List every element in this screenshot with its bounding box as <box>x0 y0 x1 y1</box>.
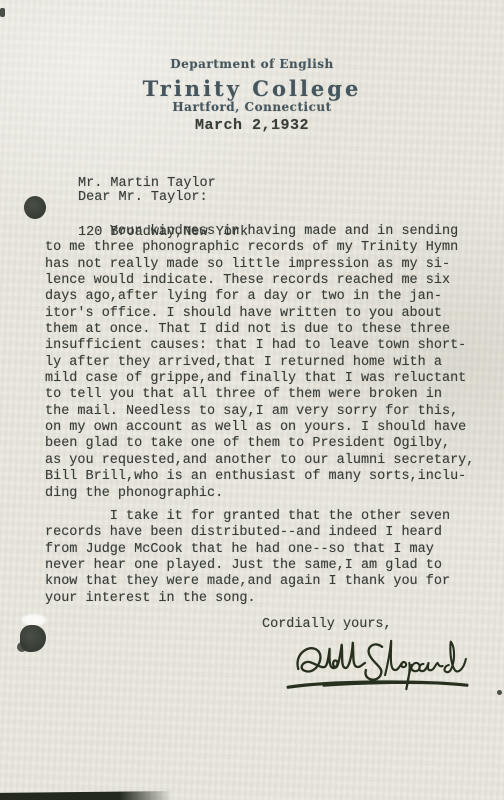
letter-line: your interest in the song. <box>45 591 450 607</box>
letter-line: mild case of grippe,and finally that I w… <box>45 371 474 387</box>
hole-punch-mark-top <box>24 196 46 219</box>
letter-line: has not really made so little impression… <box>45 257 474 273</box>
edge-speck-bottom-right <box>497 690 502 695</box>
letter-line: ly after they arrived,that I returned ho… <box>45 355 474 371</box>
scan-edge-shadow <box>0 791 172 800</box>
letter-line: itor's office. I should have written to … <box>45 306 474 322</box>
letter-line: them at once. That I did not is due to t… <box>45 322 474 338</box>
letter-line: records have been distributed--and indee… <box>45 525 450 541</box>
ink-blot-tail <box>17 642 27 652</box>
edge-speck-top-left <box>0 8 5 17</box>
letter-page: Department of English Trinity College Ha… <box>0 0 504 800</box>
letter-date: March 2,1932 <box>10 118 494 134</box>
letter-line: lence would indicate. These records reac… <box>45 273 474 289</box>
letter-line: as you requested,and another to our alum… <box>45 453 474 469</box>
letter-line: Bill Brill,who is an enthusiast of many … <box>45 469 474 485</box>
letter-line: the mail. Needless to say,I am very sorr… <box>45 404 474 420</box>
letter-line: ding the phonographic. <box>45 486 474 502</box>
letterhead-college-name: Trinity College <box>10 76 494 101</box>
letter-line: insufficient causes: that I had to leave… <box>45 338 474 354</box>
letter-line: never hear one played. Just the same,I a… <box>45 558 450 574</box>
letter-line: been glad to take one of them to Preside… <box>45 436 474 452</box>
handwritten-signature <box>268 629 480 701</box>
body-paragraph-2: I take it for granted that the other sev… <box>45 509 450 607</box>
letter-line: I take it for granted that the other sev… <box>45 509 450 525</box>
letter-line: on my own account as well as on yours. I… <box>45 420 474 436</box>
body-paragraph-1: Your kindness in having made and in send… <box>45 224 474 502</box>
letter-line: to tell you that all three of them were … <box>45 387 474 403</box>
salutation: Dear Mr. Taylor: <box>78 190 208 206</box>
letter-line: days ago,after lying for a day or two in… <box>45 289 474 305</box>
letterhead-location: Hartford, Connecticut <box>10 100 494 114</box>
letterhead-department: Department of English <box>10 57 494 71</box>
letter-line: know that they were made,and again I tha… <box>45 574 450 590</box>
letter-line: Your kindness in having made and in send… <box>45 224 474 240</box>
letter-line: from Judge McCook that he had one--so th… <box>45 542 450 558</box>
letter-line: to me three phonographic records of my T… <box>45 240 474 256</box>
